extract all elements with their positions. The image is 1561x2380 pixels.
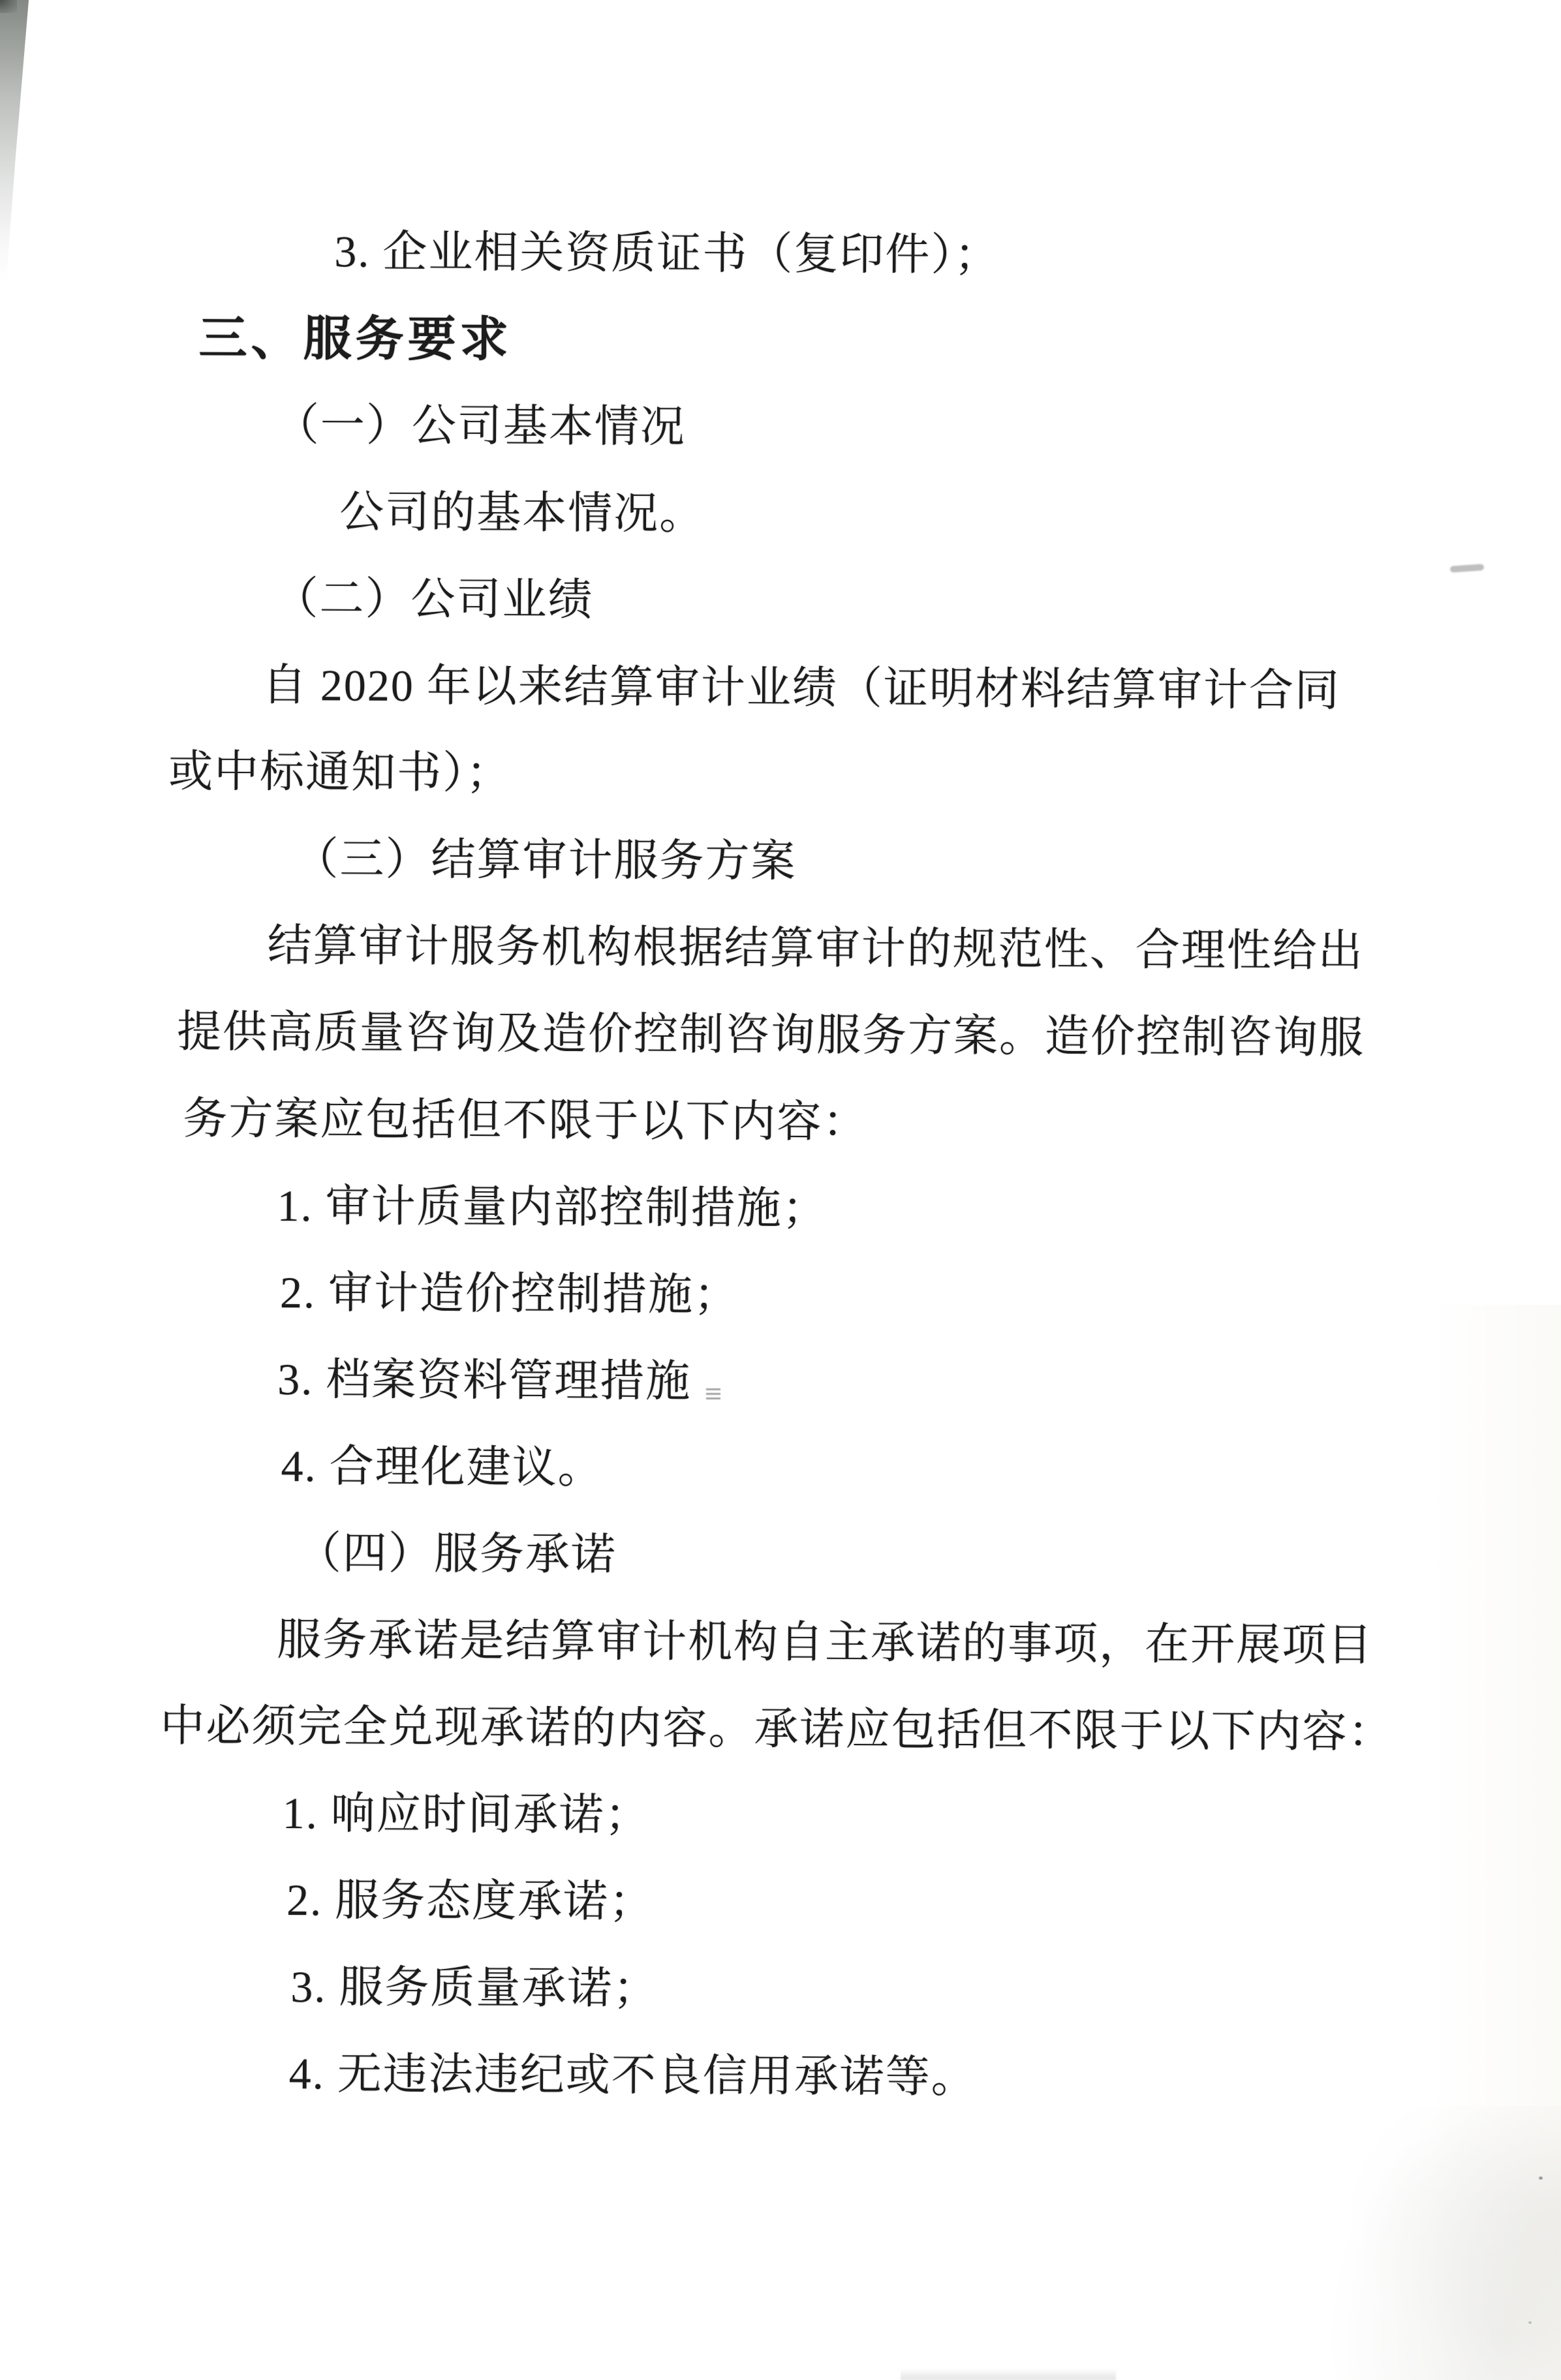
item-no-violation-commitment: 4. 无违法违纪或不良信用承诺等。 [288, 2030, 1556, 2124]
item-audit-cost-control: 2. 审计造价控制措施； [280, 1249, 1561, 1343]
para-commitment-line-2: 中必须完全兑现承诺的内容。承诺应包括但不限于以下内容： [160, 1683, 1558, 1777]
item-service-attitude-commitment: 2. 服务态度承诺； [286, 1857, 1558, 1950]
item-qualification-certificates: 3. 企业相关资质证书（复印件）； [334, 208, 1561, 301]
document-body: 3. 企业相关资质证书（复印件）； 三、服务要求 （一）公司基本情况 公司的基本… [0, 207, 1561, 2124]
para-performance-continuation: 或中标通知书）； [168, 728, 1561, 822]
para-audit-plan-line-3: 务方案应包括但不限于以下内容： [183, 1075, 1561, 1169]
scan-bottom-smudge [901, 2368, 1116, 2380]
item-service-quality-commitment: 3. 服务质量承诺； [290, 1944, 1557, 2037]
item-response-time-commitment: 1. 响应时间承诺； [282, 1770, 1558, 1863]
item-rationalization-suggestions: 4. 合理化建议。 [281, 1423, 1560, 1516]
scan-speck [1528, 2321, 1532, 2324]
para-company-basic-info: 公司的基本情况。 [339, 468, 1561, 562]
scanned-document-page: 3. 企业相关资质证书（复印件）； 三、服务要求 （一）公司基本情况 公司的基本… [0, 0, 1561, 2380]
subheading-company-performance: （二）公司业绩 [273, 555, 1561, 648]
scan-corner-spot [0, 0, 17, 13]
item-audit-quality-control: 1. 审计质量内部控制措施； [277, 1163, 1561, 1256]
scan-mottling [1326, 2106, 1561, 2380]
subheading-settlement-audit-plan: （三）结算审计服务方案 [294, 816, 1561, 909]
para-audit-plan-line-2: 提供高质量咨询及造价控制咨询服务方案。造价控制咨询服 [177, 988, 1561, 1082]
item-archive-management: 3. 档案资料管理措施 [277, 1336, 1560, 1429]
subheading-company-basic-info: （一）公司基本情况 [275, 382, 1561, 475]
heading-service-requirements: 三、服务要求 [198, 294, 1561, 388]
para-audit-plan-line-1: 结算审计服务机构根据结算审计的规范性、合理性给出 [267, 902, 1561, 996]
subheading-service-commitment: （四）服务承诺 [297, 1510, 1560, 1603]
para-commitment-line-1: 服务承诺是结算审计机构自主承诺的事项，在开展项目 [277, 1596, 1559, 1690]
scan-speck [1539, 2176, 1543, 2180]
para-performance-since-2020: 自 2020 年以来结算审计业绩（证明材料结算审计合同 [262, 642, 1561, 735]
